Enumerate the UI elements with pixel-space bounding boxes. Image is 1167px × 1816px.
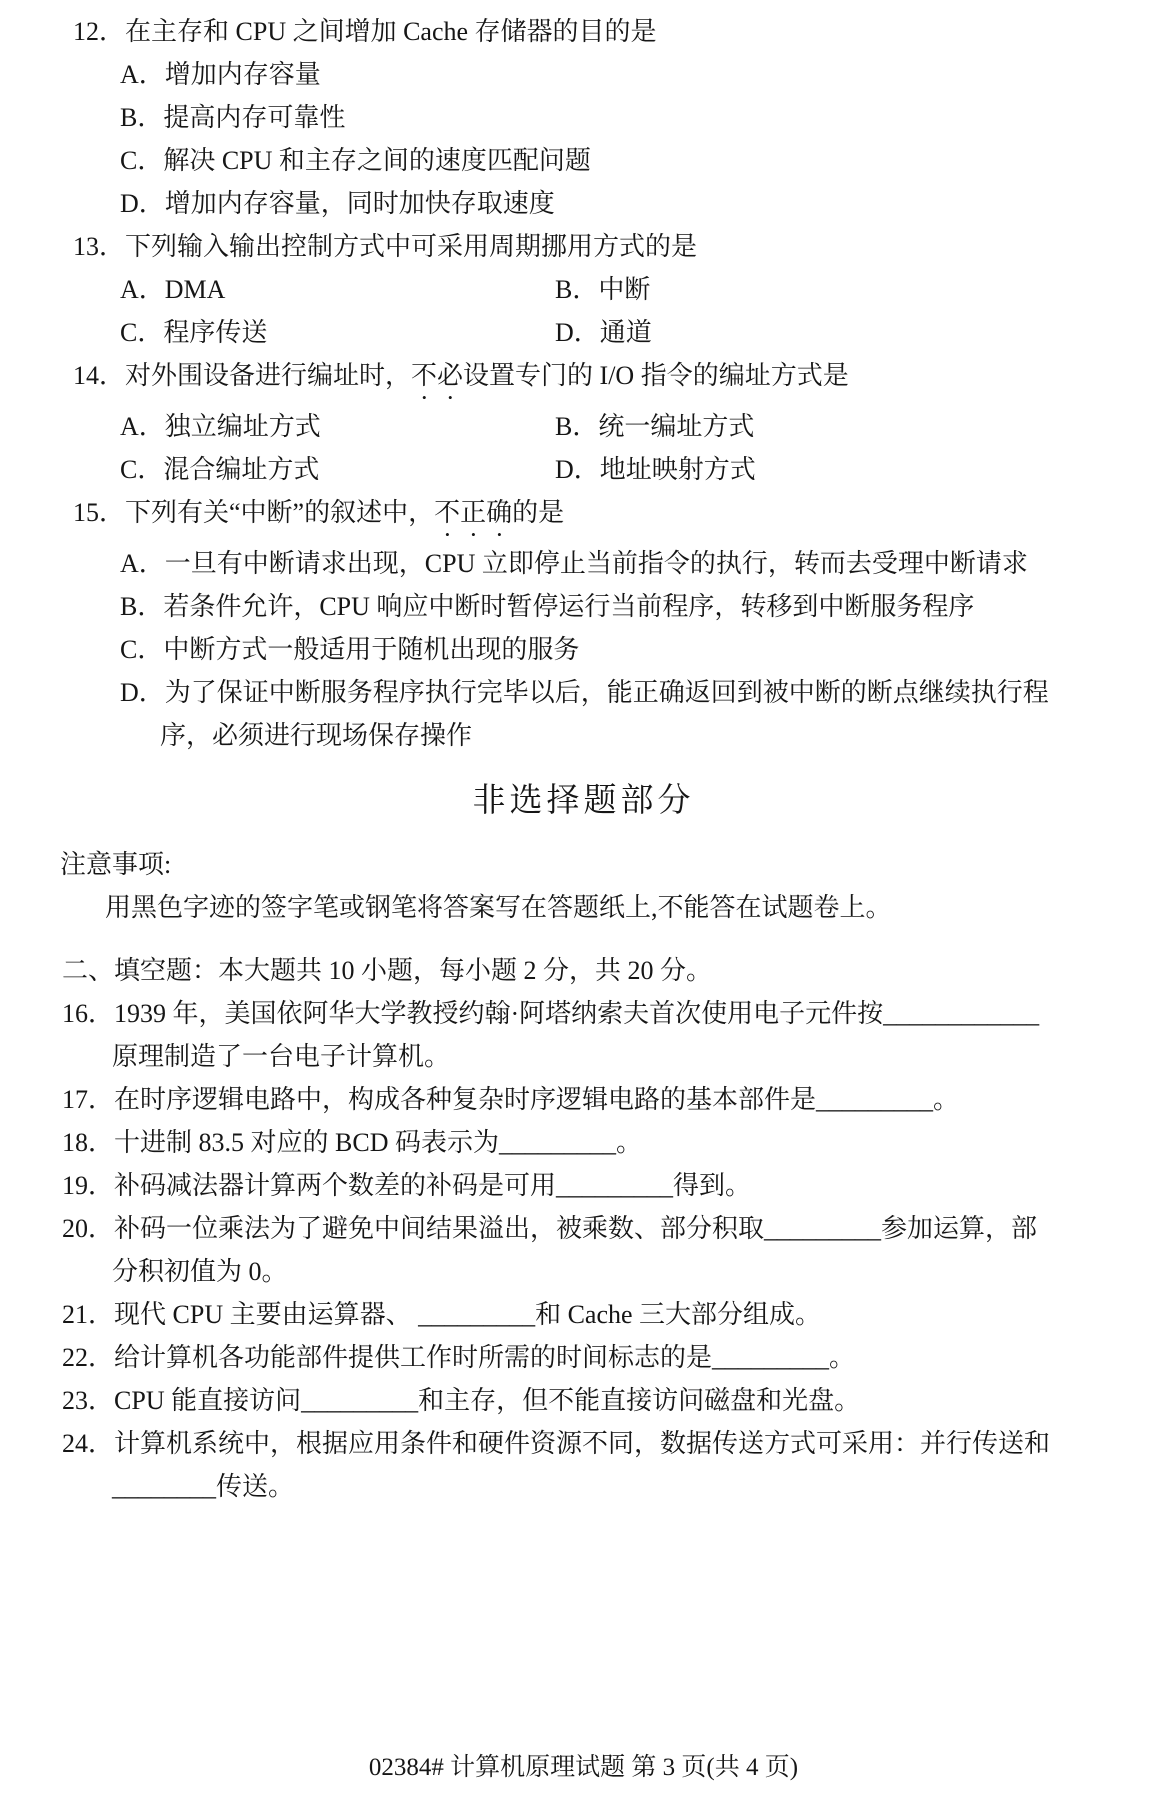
question-13-options-row-1: A．DMA B．中断: [0, 268, 1167, 311]
question-18-text: 十进制 83.5 对应的 BCD 码表示为_________。: [114, 1128, 642, 1157]
question-21-number: 21．: [62, 1300, 114, 1329]
question-14-stem-post: 设置专门的 I/O 指令的编址方式是: [463, 361, 849, 390]
exam-content: 12．在主存和 CPU 之间增加 Cache 存储器的目的是 A．增加内存容量 …: [0, 0, 1167, 1788]
question-15-number: 15．: [73, 498, 125, 527]
question-15-option-a: A．一旦有中断请求出现，CPU 立即停止当前指令的执行，转而去受理中断请求: [0, 542, 1167, 585]
question-17-number: 17．: [62, 1085, 114, 1114]
question-14-options-row-1: A．独立编址方式 B．统一编址方式: [0, 405, 1167, 448]
question-15-stem-post: 的是: [512, 498, 564, 527]
question-14-option-a: A．独立编址方式: [120, 405, 555, 448]
question-20-number: 20．: [62, 1214, 114, 1243]
question-14-option-d: D．地址映射方式: [555, 448, 756, 491]
question-15-option-d-line2: 序，必须进行现场保存操作: [0, 714, 1167, 757]
question-16-number: 16．: [62, 999, 114, 1028]
question-22-text: 给计算机各功能部件提供工作时所需的时间标志的是_________。: [114, 1343, 855, 1372]
question-13-option-b: B．中断: [555, 268, 650, 311]
question-16-text-line1: 1939 年，美国依阿华大学教授约翰·阿塔纳索夫首次使用电子元件按_______…: [114, 999, 1039, 1028]
question-13-number: 13．: [73, 232, 125, 261]
question-15-option-d-line1: D．为了保证中断服务程序执行完毕以后，能正确返回到被中断的断点继续执行程: [0, 671, 1167, 714]
question-14-option-c: C．混合编址方式: [120, 448, 555, 491]
question-13-option-a: A．DMA: [120, 268, 555, 311]
question-16-line2: 原理制造了一台电子计算机。: [0, 1035, 1167, 1078]
question-12-number: 12．: [73, 17, 125, 46]
question-12-option-a: A．增加内存容量: [0, 53, 1167, 96]
question-14-number: 14．: [73, 361, 125, 390]
question-12-option-d: D．增加内存容量，同时加快存取速度: [0, 182, 1167, 225]
question-24-line1: 24．计算机系统中，根据应用条件和硬件资源不同，数据传送方式可采用：并行传送和: [0, 1422, 1167, 1465]
question-15-option-b: B．若条件允许，CPU 响应中断时暂停运行当前程序，转移到中断服务程序: [0, 585, 1167, 628]
question-15-option-c: C．中断方式一般适用于随机出现的服务: [0, 628, 1167, 671]
exam-page: 12．在主存和 CPU 之间增加 Cache 存储器的目的是 A．增加内存容量 …: [0, 0, 1167, 1816]
question-15-stem-emphasis: 不正确: [434, 498, 512, 527]
question-19-text: 补码减法器计算两个数差的补码是可用_________得到。: [114, 1171, 751, 1200]
question-13-option-d: D．通道: [555, 311, 652, 354]
question-18-number: 18．: [62, 1128, 114, 1157]
question-20-line1: 20．补码一位乘法为了避免中间结果溢出，被乘数、部分积取_________参加运…: [0, 1207, 1167, 1250]
question-23: 23．CPU 能直接访问_________和主存，但不能直接访问磁盘和光盘。: [0, 1379, 1167, 1422]
question-21: 21．现代 CPU 主要由运算器、 _________和 Cache 三大部分组…: [0, 1293, 1167, 1336]
question-20-line2: 分积初值为 0。: [0, 1250, 1167, 1293]
question-24-number: 24．: [62, 1429, 114, 1458]
question-13-stem-text: 下列输入输出控制方式中可采用周期挪用方式的是: [125, 232, 697, 261]
question-14-stem: 14．对外围设备进行编址时，不必设置专门的 I/O 指令的编址方式是: [0, 354, 1167, 405]
question-18: 18．十进制 83.5 对应的 BCD 码表示为_________。: [0, 1121, 1167, 1164]
question-12-stem: 12．在主存和 CPU 之间增加 Cache 存储器的目的是: [0, 10, 1167, 53]
question-15-stem-pre: 下列有关“中断”的叙述中，: [125, 498, 434, 527]
section-2-heading: 二、填空题：本大题共 10 小题，每小题 2 分，共 20 分。: [0, 949, 1167, 992]
question-22-number: 22．: [62, 1343, 114, 1372]
question-13-option-c: C．程序传送: [120, 311, 555, 354]
question-12-option-b: B．提高内存可靠性: [0, 96, 1167, 139]
question-17: 17．在时序逻辑电路中，构成各种复杂时序逻辑电路的基本部件是_________。: [0, 1078, 1167, 1121]
question-16-line1: 16．1939 年，美国依阿华大学教授约翰·阿塔纳索夫首次使用电子元件按____…: [0, 992, 1167, 1035]
question-24-text-line1: 计算机系统中，根据应用条件和硬件资源不同，数据传送方式可采用：并行传送和: [114, 1429, 1050, 1458]
question-14-options-row-2: C．混合编址方式 D．地址映射方式: [0, 448, 1167, 491]
question-14-option-b: B．统一编址方式: [555, 405, 754, 448]
question-13-stem: 13．下列输入输出控制方式中可采用周期挪用方式的是: [0, 225, 1167, 268]
question-12-option-c: C．解决 CPU 和主存之间的速度匹配问题: [0, 139, 1167, 182]
question-12-stem-text: 在主存和 CPU 之间增加 Cache 存储器的目的是: [125, 17, 657, 46]
page-footer: 02384# 计算机原理试题 第 3 页(共 4 页): [0, 1748, 1167, 1788]
question-14-stem-emphasis: 不必: [411, 361, 463, 390]
question-21-text: 现代 CPU 主要由运算器、 _________和 Cache 三大部分组成。: [114, 1300, 821, 1329]
notice-text: 用黑色字迹的签字笔或钢笔将答案写在答题纸上,不能答在试题卷上。: [0, 886, 1167, 929]
question-20-text-line1: 补码一位乘法为了避免中间结果溢出，被乘数、部分积取_________参加运算，部: [114, 1214, 1037, 1243]
question-22: 22．给计算机各功能部件提供工作时所需的时间标志的是_________。: [0, 1336, 1167, 1379]
question-23-number: 23．: [62, 1386, 114, 1415]
question-15-stem: 15．下列有关“中断”的叙述中，不正确的是: [0, 491, 1167, 542]
question-13-options-row-2: C．程序传送 D．通道: [0, 311, 1167, 354]
question-17-text: 在时序逻辑电路中，构成各种复杂时序逻辑电路的基本部件是_________。: [114, 1085, 959, 1114]
question-23-text: CPU 能直接访问_________和主存，但不能直接访问磁盘和光盘。: [114, 1386, 860, 1415]
notice-label: 注意事项:: [0, 843, 1167, 886]
question-19-number: 19．: [62, 1171, 114, 1200]
section-heading: 非选择题部分: [0, 773, 1167, 829]
question-19: 19．补码减法器计算两个数差的补码是可用_________得到。: [0, 1164, 1167, 1207]
question-24-line2: ________传送。: [0, 1465, 1167, 1508]
question-14-stem-pre: 对外围设备进行编址时，: [125, 361, 411, 390]
